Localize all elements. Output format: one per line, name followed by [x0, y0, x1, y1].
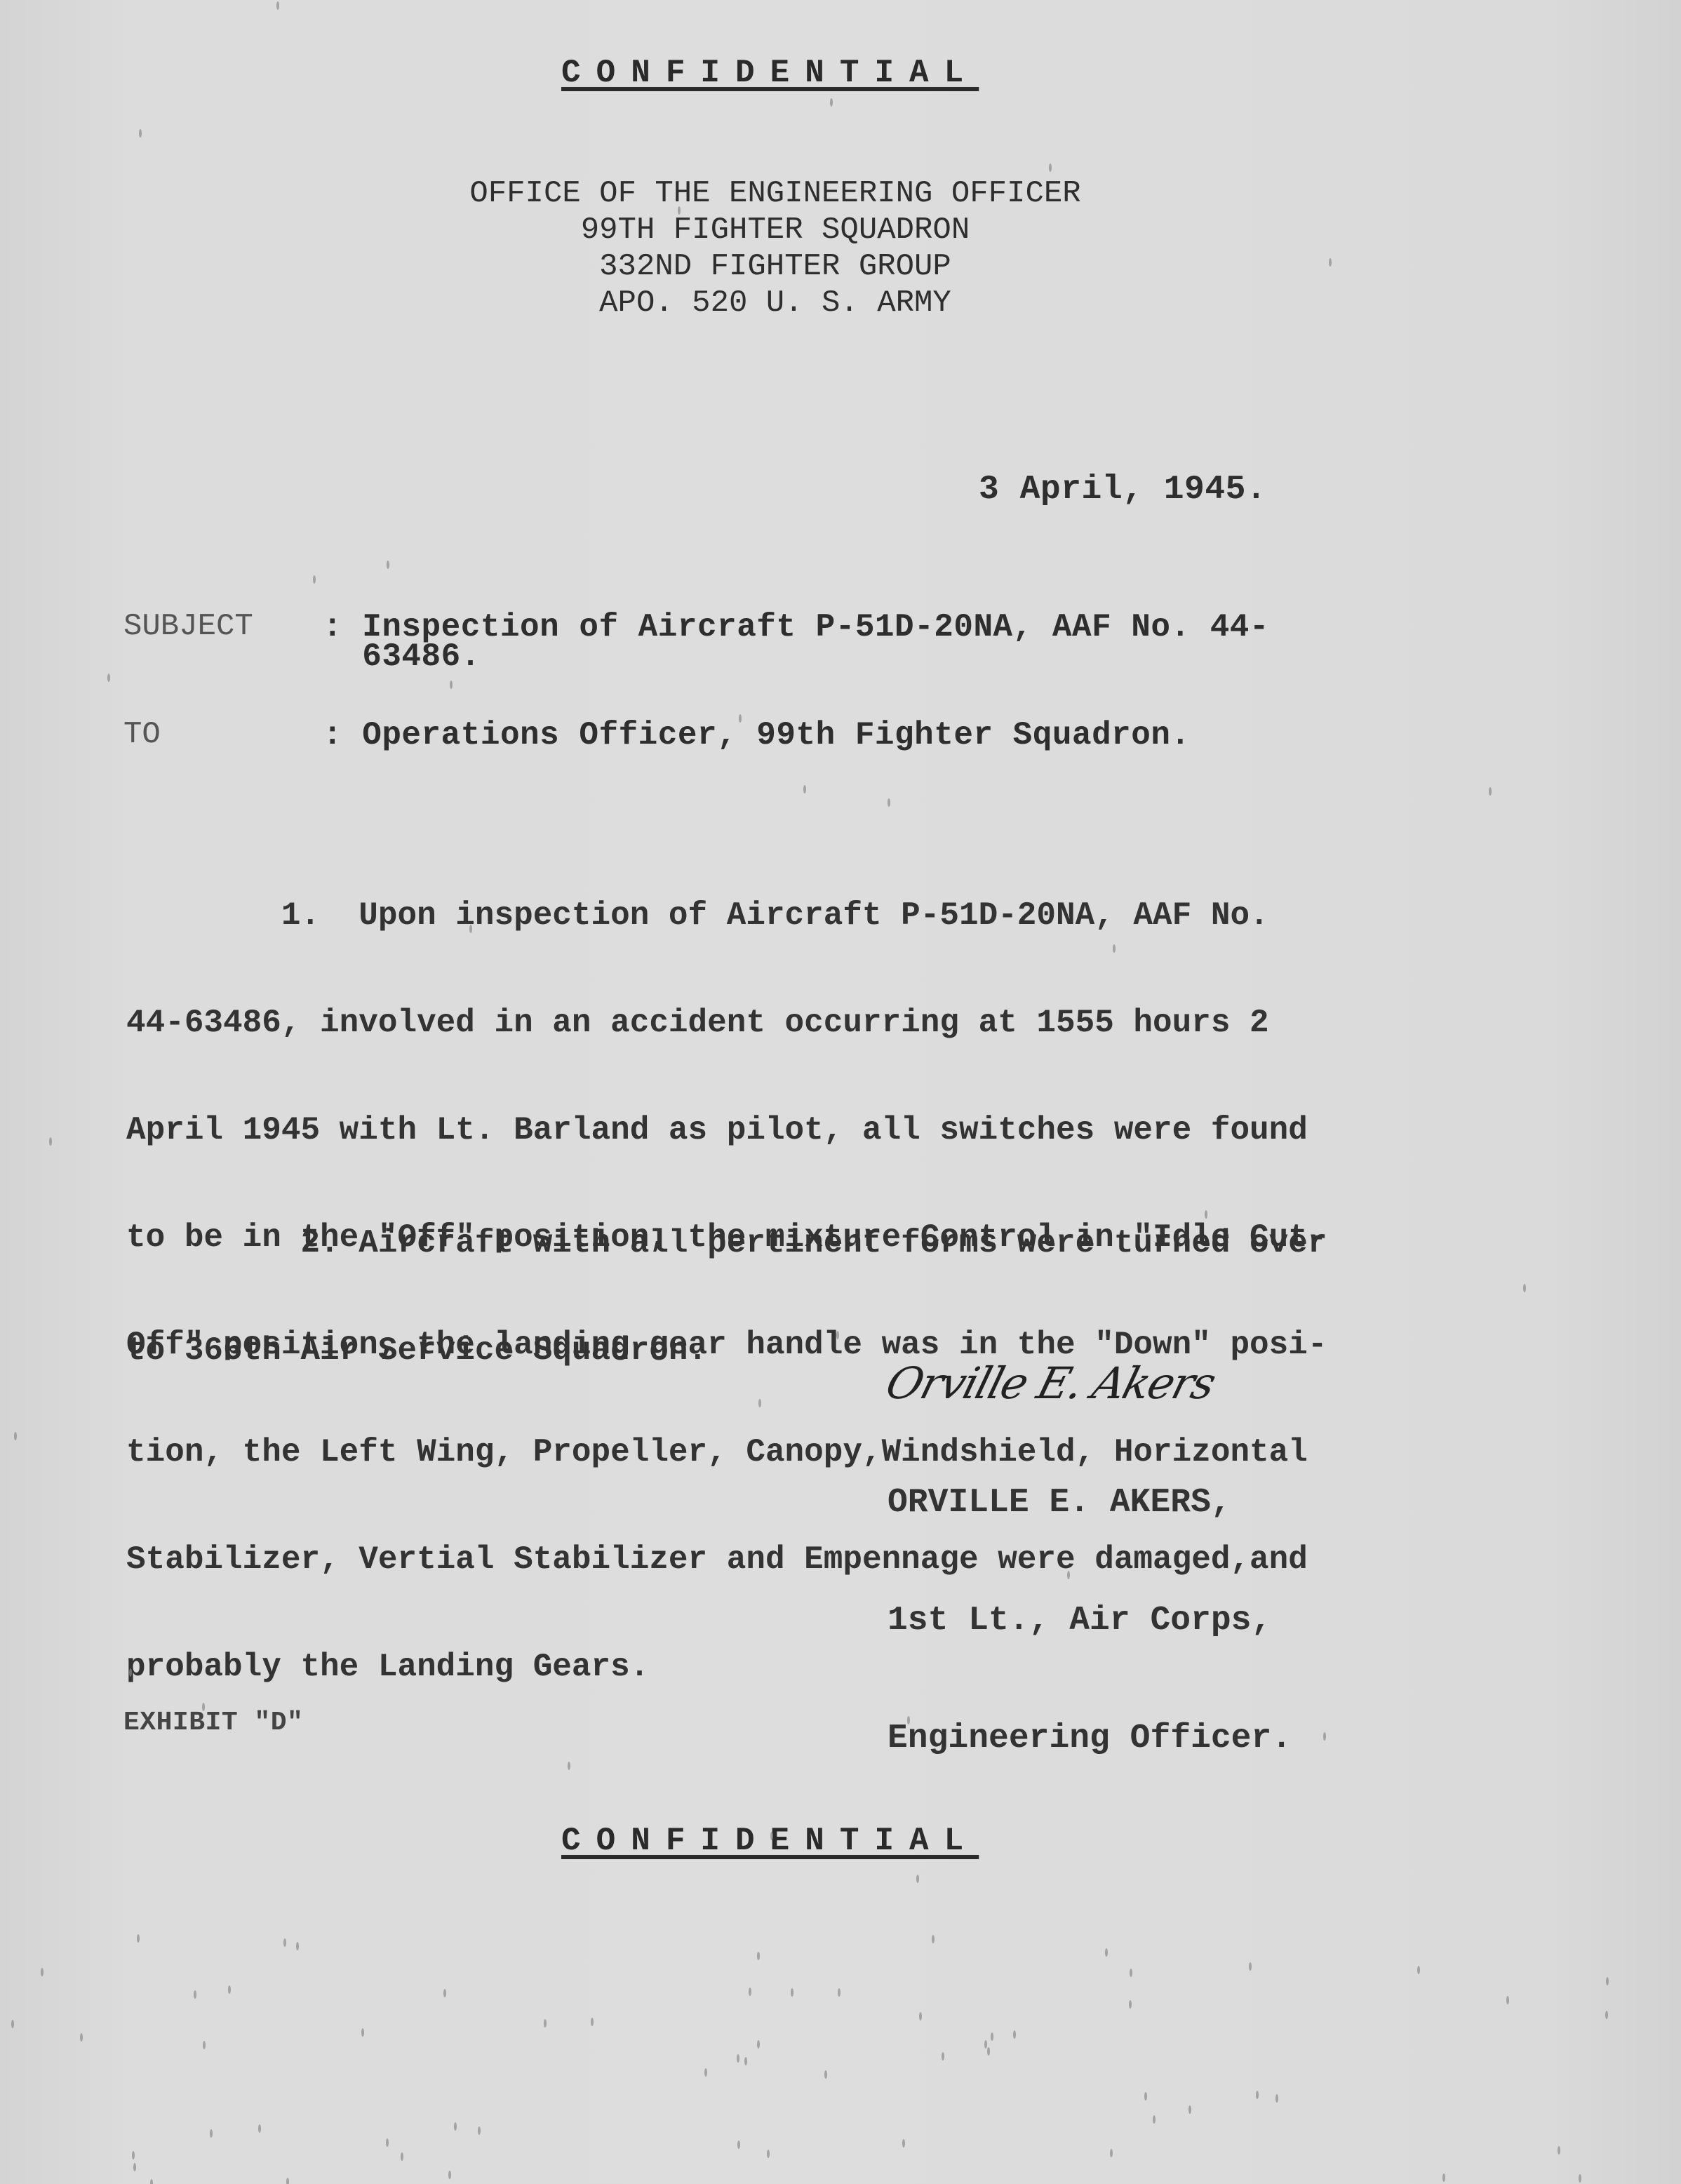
speckle: [202, 1703, 205, 1711]
speckle: [276, 1, 279, 10]
speckle: [313, 575, 316, 584]
subject-label: SUBJECT: [123, 609, 253, 644]
speckle: [544, 2019, 547, 2028]
speckle: [150, 2179, 153, 2184]
speckle: [1579, 2174, 1581, 2183]
paragraph-line: 44-63486, involved in an accident occurr…: [126, 1005, 1327, 1041]
speckle: [1323, 1732, 1326, 1741]
speckle: [258, 2124, 261, 2133]
letterhead-line: 332ND FIGHTER GROUP: [0, 248, 1551, 285]
speckle: [932, 1935, 935, 1943]
speckle: [770, 1832, 773, 1840]
speckle: [107, 674, 110, 682]
speckle: [14, 1432, 17, 1440]
speckle: [1558, 2146, 1560, 2155]
speckle: [387, 561, 389, 569]
speckle: [824, 2070, 827, 2079]
speckle: [133, 2163, 136, 2171]
speckle: [1113, 944, 1116, 953]
letterhead: OFFICE OF THE ENGINEERING OFFICER 99TH F…: [0, 175, 1551, 321]
speckle: [1506, 1996, 1509, 2004]
to-label: TO: [123, 717, 161, 752]
exhibit-label: EXHIBIT "D": [123, 1705, 303, 1741]
speckle: [1205, 1210, 1207, 1219]
speckle: [907, 1716, 910, 1724]
speckle: [386, 2138, 389, 2147]
speckle: [767, 2150, 770, 2158]
speckle: [942, 2052, 944, 2061]
speckle: [49, 1137, 52, 1146]
speckle: [919, 2012, 922, 2021]
speckle: [11, 2020, 14, 2028]
handwritten-signature: Orville E. Akers: [880, 1358, 1220, 1409]
speckle: [1188, 2105, 1191, 2114]
speckle: [1130, 1969, 1132, 1977]
speckle: [1105, 1948, 1108, 1957]
speckle: [210, 2129, 213, 2138]
speckle: [401, 2152, 403, 2161]
paragraph-line: 2. Aircraft with all pertinent forms wer…: [126, 1226, 1327, 1261]
speckle: [984, 2040, 987, 2049]
letterhead-line: OFFICE OF THE ENGINEERING OFFICER: [0, 175, 1551, 212]
signer-rank: 1st Lt., Air Corps,: [888, 1601, 1292, 1640]
speckle: [1523, 1284, 1526, 1292]
speckle: [803, 785, 806, 793]
subject-line: 63486.: [323, 638, 481, 675]
speckle: [478, 2126, 481, 2135]
speckle: [749, 1988, 751, 1996]
speckle: [888, 798, 890, 807]
speckle: [568, 1762, 570, 1770]
speckle: [987, 2047, 990, 2056]
to-text: : Operations Officer, 99th Fighter Squad…: [323, 717, 1191, 753]
document-date: 3 April, 1945.: [979, 471, 1266, 508]
speckle: [132, 2151, 135, 2159]
speckle: [450, 681, 453, 689]
speckle: [469, 925, 472, 933]
speckle: [1489, 787, 1492, 796]
paragraph-line: 1. Upon inspection of Aircraft P-51D-20N…: [126, 898, 1327, 934]
speckle: [1605, 2011, 1608, 2019]
speckle: [1256, 2091, 1259, 2099]
speckle: [737, 2054, 739, 2063]
speckle: [454, 2122, 457, 2131]
speckle: [991, 2032, 993, 2041]
speckle: [1442, 2173, 1445, 2182]
paragraph-line: April 1945 with Lt. Barland as pilot, al…: [126, 1113, 1327, 1148]
speckle: [744, 2057, 747, 2065]
signer-name: ORVILLE E. AKERS,: [888, 1483, 1292, 1522]
speckle: [757, 1952, 760, 1960]
speckle: [1067, 1571, 1070, 1579]
speckle: [139, 129, 142, 138]
speckle: [678, 206, 681, 215]
speckle: [1110, 2149, 1113, 2157]
speckle: [591, 2018, 594, 2026]
speckle: [194, 1990, 196, 1999]
letterhead-line: APO. 520 U. S. ARMY: [0, 285, 1551, 321]
speckle: [1606, 1977, 1609, 1985]
speckle: [1275, 2094, 1278, 2103]
speckle: [1329, 258, 1332, 267]
speckle: [737, 2141, 740, 2149]
letterhead-line: 99TH FIGHTER SQUADRON: [0, 212, 1551, 248]
speckle: [1417, 1966, 1420, 1974]
speckle: [836, 1331, 839, 1339]
speckle: [902, 2139, 905, 2148]
classification-footer: CONFIDENTIAL: [561, 1823, 979, 1859]
speckle: [830, 98, 833, 107]
speckle: [129, 1668, 132, 1677]
speckle: [1129, 2000, 1132, 2009]
speckle: [296, 1942, 299, 1950]
signature-block: ORVILLE E. AKERS, 1st Lt., Air Corps, En…: [888, 1405, 1292, 1837]
speckle: [443, 1989, 446, 1997]
speckle: [758, 1399, 761, 1407]
speckle: [137, 1934, 140, 1943]
speckle: [203, 2041, 206, 2049]
speckle: [448, 2171, 451, 2179]
speckle: [916, 1875, 919, 1883]
speckle: [1049, 163, 1052, 172]
speckle: [1013, 2030, 1016, 2039]
speckle: [1144, 2092, 1147, 2101]
speckle: [228, 1985, 231, 1994]
speckle: [757, 2040, 760, 2049]
speckle: [1153, 2115, 1156, 2124]
speckle: [791, 1988, 793, 1997]
signer-title: Engineering Officer.: [888, 1719, 1292, 1758]
speckle: [80, 2033, 83, 2042]
classification-header: CONFIDENTIAL: [561, 55, 979, 91]
speckle: [283, 1938, 286, 1947]
speckle: [1249, 1962, 1252, 1971]
speckle: [286, 2178, 289, 2184]
speckle: [838, 1988, 840, 1997]
speckle: [704, 2068, 707, 2077]
speckle: [41, 1968, 43, 1976]
speckle: [739, 714, 742, 723]
speckle: [361, 2028, 364, 2037]
